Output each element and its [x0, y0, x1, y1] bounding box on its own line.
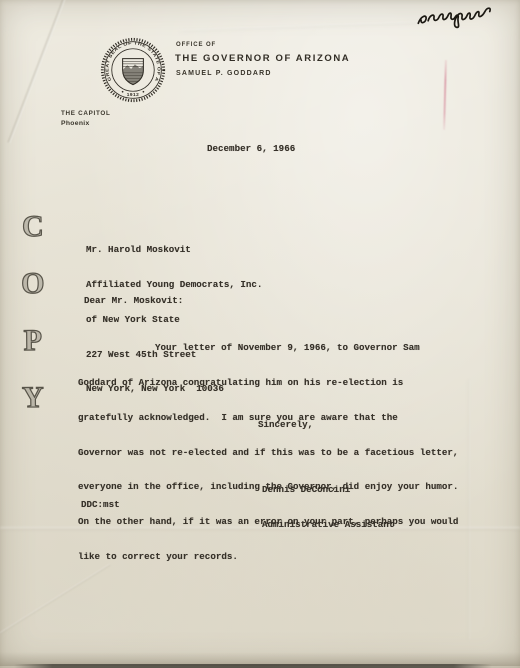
recipient-line: Affiliated Young Democrats, Inc.: [86, 279, 262, 291]
handwritten-note-icon: campaigns: [409, 0, 514, 35]
body-line: Your letter of November 9, 1966, to Gove…: [78, 342, 468, 354]
paper-crease: [7, 0, 67, 143]
letterhead-office-line: OFFICE OF: [176, 42, 216, 48]
salutation: Dear Mr. Moskovit:: [84, 295, 183, 307]
copy-stamp-letter: C: [18, 212, 48, 269]
copy-stamp-letter: P: [18, 326, 48, 383]
paper-crease: [180, 22, 430, 33]
scanned-letter-page: campaigns GREAT SEAL OF THE STATE OF ARI…: [0, 0, 520, 668]
letterhead-capitol: THE CAPITOL: [61, 110, 111, 117]
red-pencil-mark: [443, 60, 447, 130]
signature-block: Dennis DeConcini Administrative Assistan…: [262, 461, 394, 554]
signature-name: Dennis DeConcini: [262, 484, 394, 496]
copy-stamp-letter: O: [18, 269, 48, 326]
body-line: Governor was not re-elected and if this …: [78, 447, 468, 459]
copy-stamp-letter: Y: [18, 383, 48, 440]
letterhead-governor-name: SAMUEL P. GODDARD: [176, 70, 272, 77]
letter-date: December 6, 1966: [207, 143, 295, 155]
paper-crease: [468, 380, 470, 640]
scan-edge: [14, 664, 492, 668]
svg-text:1912: 1912: [127, 92, 139, 98]
letterhead-title: THE GOVERNOR OF ARIZONA: [175, 53, 350, 64]
typist-reference: DDC:mst: [81, 499, 120, 511]
signature-title: Administrative Assistant: [262, 519, 394, 531]
closing: Sincerely,: [258, 419, 313, 431]
arizona-state-seal-icon: GREAT SEAL OF THE STATE OF ARIZONA 1912: [99, 36, 167, 104]
copy-stamp: C O P Y: [18, 212, 48, 440]
body-line: Goddard of Arizona congratulating him on…: [78, 377, 468, 389]
recipient-line: Mr. Harold Moskovit: [86, 244, 262, 256]
letterhead-city: Phoenix: [61, 120, 90, 127]
